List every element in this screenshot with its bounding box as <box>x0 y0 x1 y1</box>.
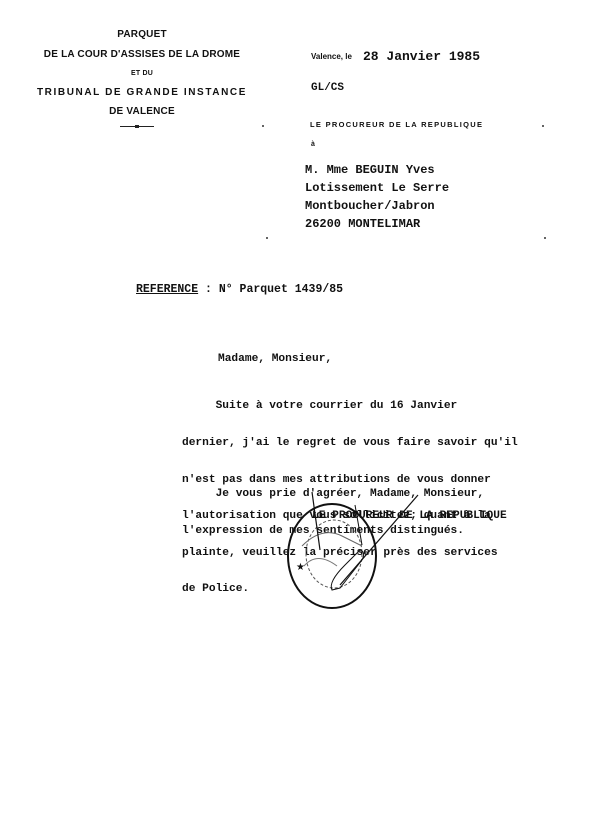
letterhead-tribunal: TRIBUNAL DE GRANDE INSTANCE <box>12 87 272 98</box>
scan-dot <box>544 237 546 239</box>
signature-icon <box>300 490 430 600</box>
reference-initials: GL/CS <box>311 82 344 94</box>
letterhead-valence: DE VALENCE <box>12 106 272 117</box>
reference-separator: : <box>205 283 212 296</box>
scan-dot <box>542 125 544 127</box>
recipient-address-3: 26200 MONTELIMAR <box>305 218 420 230</box>
signature-title: LE PROCUREUR DE LA REPUBLIQUE <box>312 510 507 522</box>
letterhead-parquet: PARQUET <box>12 29 272 40</box>
recipient-address-2: Montboucher/Jabron <box>305 200 435 212</box>
date-place: Valence, le <box>311 52 352 61</box>
sender-title: LE PROCUREUR DE LA REPUBLIQUE <box>310 120 483 129</box>
body-line: dernier, j'ai le regret de vous faire sa… <box>182 437 518 449</box>
scan-dot <box>262 125 264 127</box>
recipient-address-1: Lotissement Le Serre <box>305 182 449 194</box>
to-word: à <box>311 141 315 148</box>
reference-value: N° Parquet 1439/85 <box>219 283 343 296</box>
letterhead-et-du: ET DU <box>12 70 272 77</box>
reference-label: REFERENCE <box>136 283 198 296</box>
date-value: 28 Janvier 1985 <box>363 49 480 64</box>
recipient-name: M. Mme BEGUIN Yves <box>305 164 435 176</box>
reference-line: REFERENCE : N° Parquet 1439/85 <box>136 283 343 296</box>
letterhead-cour: DE LA COUR D'ASSISES DE LA DROME <box>12 49 272 60</box>
letterhead-separator <box>120 126 154 127</box>
body-line: Suite à votre courrier du 16 Janvier <box>182 400 518 412</box>
scan-dot <box>266 237 268 239</box>
salutation: Madame, Monsieur, <box>218 353 332 365</box>
